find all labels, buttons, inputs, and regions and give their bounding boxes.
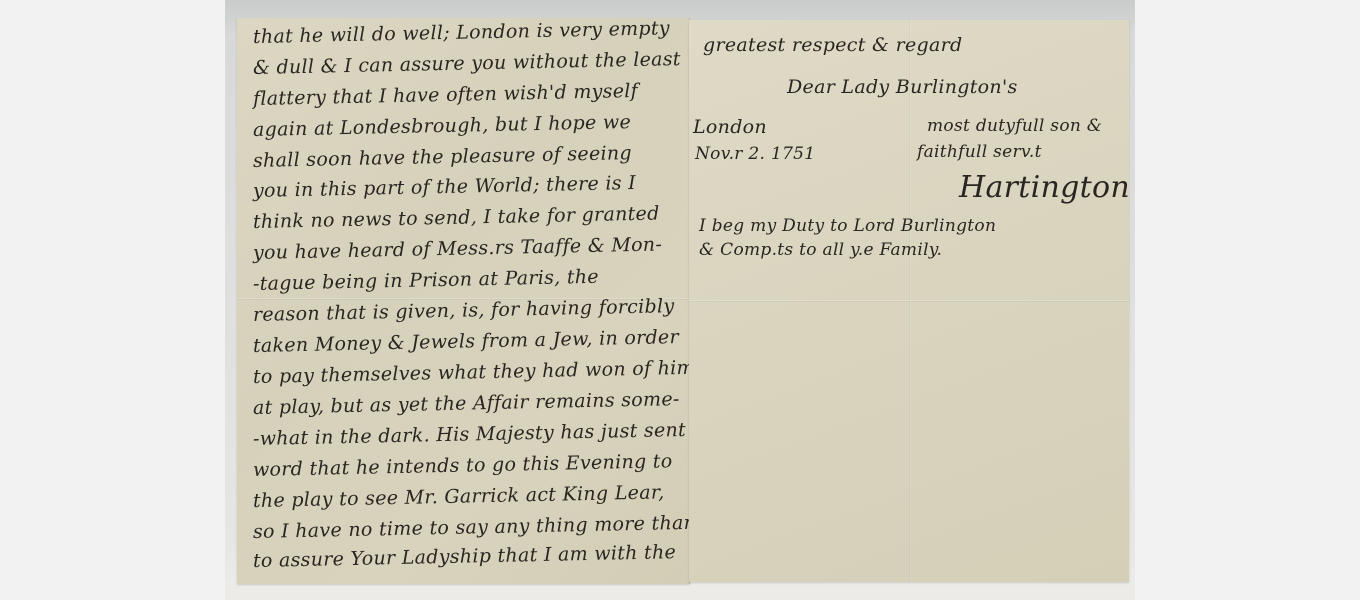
letter-line: -what in the dark. His Majesty has just … — [253, 419, 686, 450]
letter-closing: greatest respect & regard — [703, 34, 962, 56]
letter-photograph: that he will do well; London is very emp… — [225, 0, 1135, 600]
letter-line: at play, but as yet the Affair remains s… — [253, 388, 680, 419]
photo-bottom-edge — [225, 586, 1135, 600]
letter-salutation: Dear Lady Burlington's — [787, 76, 1018, 98]
letter-sign-line: most dutyfull son & — [927, 116, 1102, 136]
letter-place: London — [693, 116, 767, 138]
letter-right-page: greatest respect & regard Dear Lady Burl… — [689, 20, 1129, 582]
letter-line: flattery that I have often wish'd myself — [253, 80, 638, 110]
letter-line: taken Money & Jewels from a Jew, in orde… — [253, 326, 679, 357]
letter-line: think no news to send, I take for grante… — [253, 202, 660, 233]
letter-signature: Hartington — [959, 170, 1130, 205]
letter-line: & dull & I can assure you without the le… — [253, 48, 681, 79]
letter-line: that he will do well; London is very emp… — [253, 17, 670, 48]
letter-line: again at Londesbrough, but I hope we — [253, 111, 631, 141]
letter-line: you have heard of Mess.rs Taaffe & Mon- — [253, 233, 663, 264]
letter-line: you in this part of the World; there is … — [253, 172, 636, 202]
letter-date: Nov.r 2. 1751 — [695, 144, 815, 164]
letter-postscript: & Comp.ts to all y.e Family. — [699, 240, 942, 260]
letter-sign-line: faithfull serv.t — [917, 142, 1042, 162]
letter-left-page: that he will do well; London is very emp… — [237, 18, 690, 584]
letter-line: so I have no time to say any thing more … — [253, 512, 697, 543]
letter-line: to assure Your Ladyship that I am with t… — [253, 541, 676, 572]
letter-line: word that he intends to go this Evening … — [253, 450, 673, 481]
letter-line: the play to see Mr. Garrick act King Lea… — [253, 481, 665, 512]
letter-line: shall soon have the pleasure of seeing — [253, 142, 632, 172]
letter-line: -tague being in Prison at Paris, the — [253, 266, 599, 295]
paper-fold-crease — [909, 20, 911, 582]
letter-line: to pay themselves what they had won of h… — [253, 357, 695, 388]
letter-postscript: I beg my Duty to Lord Burlington — [699, 216, 996, 236]
